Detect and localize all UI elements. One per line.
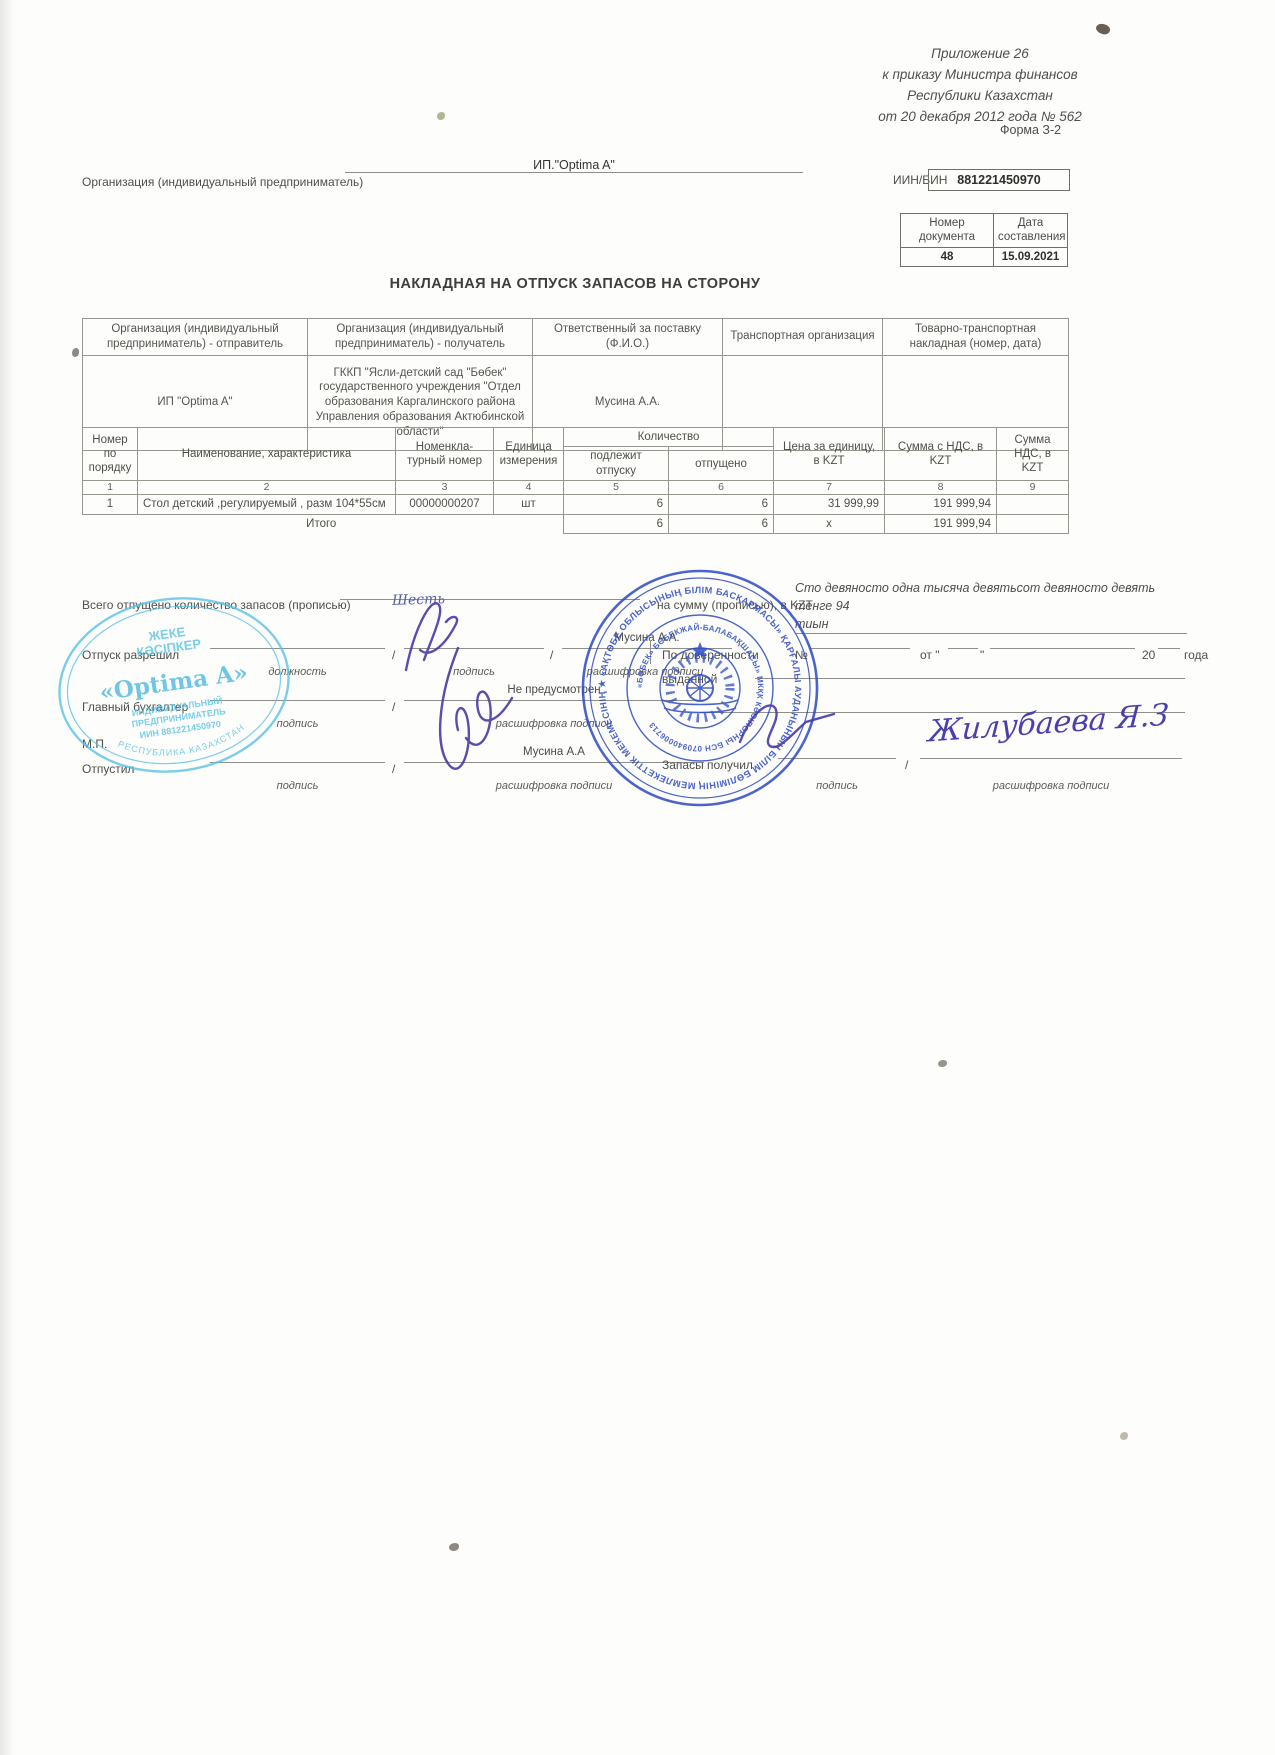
scan-speck — [938, 1060, 947, 1067]
signature-scribble-released — [428, 638, 548, 778]
colnum-9: 9 — [997, 481, 1069, 495]
proxy-day-underline — [948, 630, 978, 649]
slash: / — [392, 700, 395, 714]
col-unit-header: Единица измерения — [494, 428, 564, 481]
iin-bin-value: 881221450970 — [928, 169, 1070, 191]
col-num-header: Номер по порядку — [83, 428, 138, 481]
colnum-2: 2 — [138, 481, 396, 495]
decode-sublabel: расшифровка подписи — [920, 780, 1182, 792]
appendix-note: Приложение 26 к приказу Министра финансо… — [790, 44, 1170, 128]
scanned-invoice-page: Приложение 26 к приказу Министра финансо… — [0, 0, 1275, 1755]
stamp-kasipker-text: КӘСІПКЕР — [136, 636, 203, 660]
receiver-header: Организация (индивидуальный предпринимат… — [308, 319, 533, 356]
transport-org-header: Транспортная организация — [723, 319, 883, 356]
items-total-row: Итого 6 6 x 191 999,94 — [83, 514, 1069, 533]
col-quantity-header: Количество — [564, 428, 774, 447]
scan-speck — [449, 1543, 459, 1551]
col-sum-with-vat-header: Сумма с НДС, в KZT — [885, 428, 997, 481]
item-price: 31 999,99 — [774, 495, 885, 514]
colnum-7: 7 — [774, 481, 885, 495]
organization-value: ИП."Optima A" — [345, 158, 803, 173]
proxy-month-underline — [990, 630, 1135, 649]
scan-speck — [437, 112, 445, 120]
scan-speck — [1095, 22, 1112, 37]
item-row: 1 Стол детский ,регулируемый , разм 104*… — [83, 495, 1069, 514]
colnum-1: 1 — [83, 481, 138, 495]
kindergarten-round-stamp: ★ «АҚТӨБЕ ОБЛЫСЫНЫҢ БІЛІМ БАСҚАРМАСЫ» ҚА… — [566, 568, 834, 808]
proxy-year-underline — [1158, 630, 1180, 649]
appendix-line: к приказу Министра финансов — [790, 65, 1170, 86]
items-colnum-row: 1 2 3 4 5 6 7 8 9 — [83, 481, 1069, 495]
scan-edge-shadow — [0, 0, 14, 1755]
item-unit: шт — [494, 495, 564, 514]
responsible-header: Ответственный за поставку (Ф.И.О.) — [533, 319, 723, 356]
signature-scribble-received — [732, 692, 842, 762]
sum-words-line1: Сто девяносто одна тысяча девятьсот девя… — [795, 579, 1187, 615]
kazakhstan-emblem — [660, 642, 740, 728]
scan-speck — [1120, 1432, 1128, 1440]
item-vat — [997, 495, 1069, 514]
slash: / — [550, 648, 553, 662]
col-name-header: Наименование, характеристика — [138, 428, 396, 481]
col-qty-due-header: подлежит отпуску — [564, 447, 669, 481]
sum-words-value: Сто девяносто одна тысяча девятьсот девя… — [795, 579, 1187, 634]
signature-sublabel: подпись — [210, 780, 385, 792]
slash: / — [392, 762, 395, 776]
item-qty-due: 6 — [564, 495, 669, 514]
colnum-5: 5 — [564, 481, 669, 495]
col-vat-header: Сумма НДС, в KZT — [997, 428, 1069, 481]
scan-speck — [72, 348, 79, 357]
form-number-label: Форма З-2 — [1000, 123, 1070, 137]
item-nomenclature: 00000000207 — [396, 495, 494, 514]
doc-number-header: Номер документа — [901, 214, 994, 248]
total-vat — [997, 514, 1069, 533]
proxy-year-suffix: года — [1184, 648, 1208, 662]
col-nomenclature-header: Номенкла-турный номер — [396, 428, 494, 481]
slash: / — [392, 648, 395, 662]
total-sum-with-vat: 191 999,94 — [885, 514, 997, 533]
total-price-x: x — [774, 514, 885, 533]
doc-date-header: Дата составления — [994, 214, 1068, 248]
stamp-optima-text: «Optima A» — [98, 659, 250, 707]
doc-date-value: 15.09.2021 — [994, 247, 1068, 266]
appendix-line: Республики Казахстан — [790, 86, 1170, 107]
document-meta-table: Номер документа Дата составления 48 15.0… — [900, 213, 1068, 267]
organization-label: Организация (индивидуальный предпринимат… — [82, 175, 363, 189]
items-table: Номер по порядку Наименование, характери… — [82, 427, 1069, 534]
item-name: Стол детский ,регулируемый , разм 104*55… — [138, 495, 396, 514]
waybill-header: Товарно-транспортная накладная (номер, д… — [883, 319, 1069, 356]
optima-oval-stamp: РЕСПУБЛИКА КАЗАХСТАН ЖЕКЕ КӘСІПКЕР «Opti… — [40, 576, 308, 794]
colnum-4: 4 — [494, 481, 564, 495]
colnum-6: 6 — [669, 481, 774, 495]
col-qty-out-header: отпущено — [669, 447, 774, 481]
total-qty-out: 6 — [669, 514, 774, 533]
colnum-3: 3 — [396, 481, 494, 495]
item-num: 1 — [83, 495, 138, 514]
document-title: НАКЛАДНАЯ НА ОТПУСК ЗАПАСОВ НА СТОРОНУ — [0, 276, 1150, 292]
sender-header: Организация (индивидуальный предпринимат… — [83, 319, 308, 356]
item-sum-with-vat: 191 999,94 — [885, 495, 997, 514]
slash: / — [905, 758, 908, 772]
item-qty-out: 6 — [669, 495, 774, 514]
appendix-line: от 20 декабря 2012 года № 562 — [790, 107, 1170, 128]
total-label: Итого — [83, 514, 564, 533]
total-qty-due: 6 — [564, 514, 669, 533]
parties-header-row: Организация (индивидуальный предпринимат… — [83, 319, 1069, 356]
col-price-header: Цена за единицу, в KZT — [774, 428, 885, 481]
appendix-line: Приложение 26 — [790, 44, 1170, 65]
colnum-8: 8 — [885, 481, 997, 495]
items-header-row: Номер по порядку Наименование, характери… — [83, 428, 1069, 447]
doc-number-value: 48 — [901, 247, 994, 266]
